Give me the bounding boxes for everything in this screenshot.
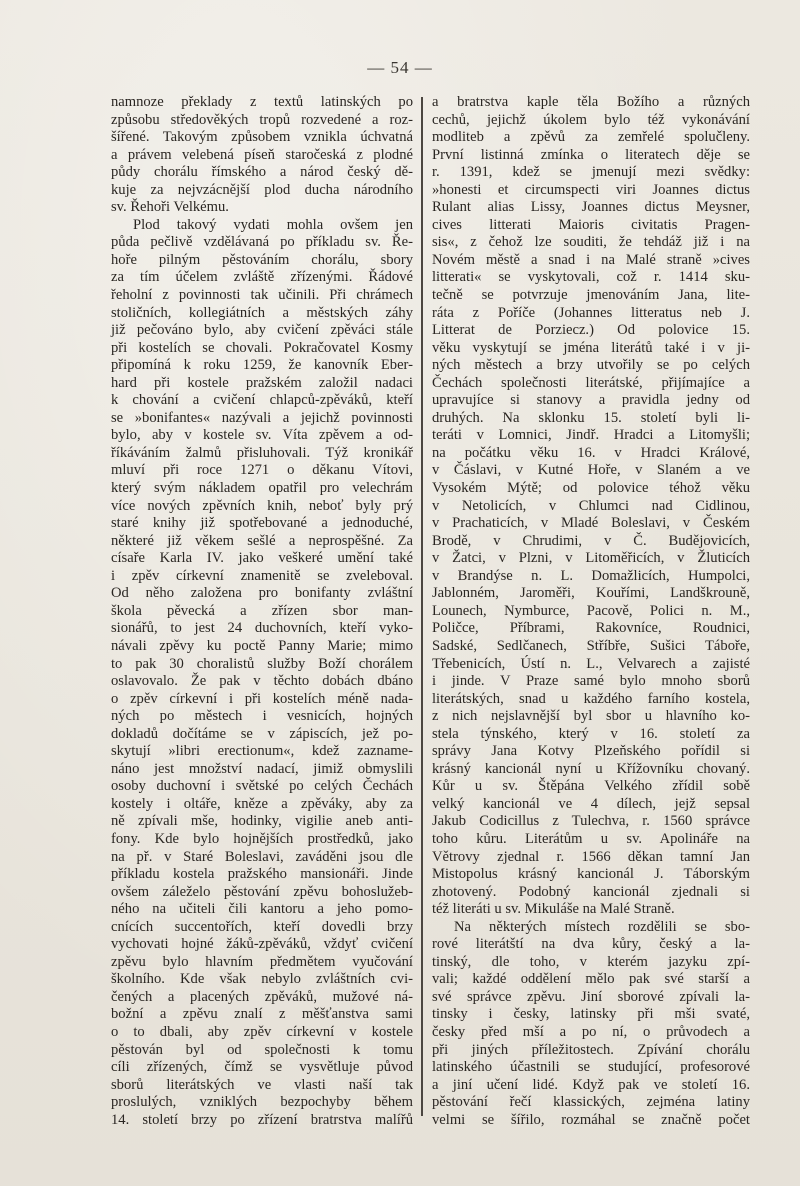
text-line: o to dbali, aby zpěv církevní v kostele (111, 1024, 413, 1042)
text-line: věku vyskytují se jména literátů také i … (432, 340, 750, 358)
text-line: o zpěv církevní i při kostelích méně nad… (111, 691, 413, 709)
text-line: velmi se šířilo, rozmáhal se značně poče… (432, 1112, 750, 1130)
text-line: v Žatci, v Plzni, v Litoměřicích, v Žlut… (432, 550, 750, 568)
text-line: druhých. Na sklonku 15. století byli li- (432, 410, 750, 428)
text-line: literátských, snad u každého farního kos… (432, 691, 750, 709)
text-line: zhotovený. Podobný kancionál zjednali si (432, 884, 750, 902)
text-line: a bratrstva kaple těla Božího a různých (432, 94, 750, 112)
text-line: návali zpěvy ku poctě Panny Marie; mimo (111, 638, 413, 656)
text-line: škola pěvecká a zřízen sbor man- (111, 603, 413, 621)
text-line: sis«, z čehož lze souditi, že tehdáž již… (432, 234, 750, 252)
text-line: oslavovalo. Že pak v těchto dobách dbáno (111, 673, 413, 691)
text-line: i zpěv církevní znamenitě se zveleboval. (111, 568, 413, 586)
text-line: osoby duchovní i světské po celých Čechá… (111, 778, 413, 796)
text-line: rové literátští na dva kůry, český a la- (432, 936, 750, 954)
text-line: ovšem záleželo pěstování zpěvu bohosluže… (111, 884, 413, 902)
text-line: stela týnského, který v 16. století za (432, 726, 750, 744)
text-line: správy Jana Kotvy Plzeňského pořídil si (432, 743, 750, 761)
text-line: latinského účastnili se studující, profe… (432, 1059, 750, 1077)
text-line: na počátku věku 16. v Hradci Králové, (432, 445, 750, 463)
text-line: i jinde. V Praze samé bylo mnoho sborů (432, 673, 750, 691)
text-line: tinský, dle toho, v kterém jazyku zpí- (432, 954, 750, 972)
text-line: Lounech, Nymburce, Pacově, Polici n. M., (432, 603, 750, 621)
text-line: ného na učiteli čili kantoru a jeho pomo… (111, 901, 413, 919)
text-line: kostely i oltáře, kněze a zpěváky, aby z… (111, 796, 413, 814)
text-line: kuje za nejvzácnější plod ducha národníh… (111, 182, 413, 200)
text-line: ráta z Poříče (Johannes litteratus neb J… (432, 305, 750, 323)
text-line: čených a placených zpěváků, mužové ná- (111, 989, 413, 1007)
text-line: vali; každé oddělení mělo pak své starší… (432, 971, 750, 989)
text-line: šířené. Takovým způsobem vznikla úchvatn… (111, 129, 413, 147)
text-line: mluví při roce 1271 o děkanu Vítovi, (111, 462, 413, 480)
text-line: dokladů dočítáme se v zápiscích, jež po- (111, 726, 413, 744)
text-line: Třebenicích, Ústí n. L., Velvarech a zaj… (432, 656, 750, 674)
text-line: způsobu středověkých tropů rozvedené a r… (111, 112, 413, 130)
text-line: k chování a cvičení chlapců-zpěváků, kte… (111, 392, 413, 410)
text-line: v Netolicích, v Chlumci nad Cidlinou, (432, 498, 750, 516)
page-number: — 54 — (0, 58, 800, 78)
text-line: modliteb a zpěvů za zemřelé spolučleny. (432, 129, 750, 147)
text-line: ných městech a brzy utvořily se po celýc… (432, 357, 750, 375)
text-line: Jablonném, Jaroměři, Kouřími, Landškroun… (432, 585, 750, 603)
text-line: Od něho založena pro bonifanty zvláštní (111, 585, 413, 603)
text-line: a právem velebená píseň staročeská z plo… (111, 147, 413, 165)
text-line: česky před mší a po ní, o průvodech a (432, 1024, 750, 1042)
text-line: který svým nákladem opatřil pro velechrá… (111, 480, 413, 498)
text-line: »honesti et circumspecti viri Joannes di… (432, 182, 750, 200)
text-line: První listinná zmínka o literatech děje … (432, 147, 750, 165)
text-line: krásný kancionál nyní u Křížovníku chova… (432, 761, 750, 779)
text-line: a jiní učení lidé. Když pak ve století 1… (432, 1077, 750, 1095)
text-line: pěstován byl od společnosti k tomu (111, 1042, 413, 1060)
text-line: Novém městě a snad i na Malé straně »civ… (432, 252, 750, 270)
text-line: bylo, aby v kostele sv. Víta zpěvem a od… (111, 427, 413, 445)
text-line: se »bonifantes« nazývali a jejichž povin… (111, 410, 413, 428)
text-line: cechů, jejichž úkolem bylo též vykonáván… (432, 112, 750, 130)
text-line: některé již věkem sešlé a neprospěšné. Z… (111, 533, 413, 551)
text-line: při kostelích se chovali. Pokračovatel K… (111, 340, 413, 358)
text-line: Plod takový vydati mohla ovšem jen (111, 217, 413, 235)
text-line: 14. století brzy po zřízení bratrstva ma… (111, 1112, 413, 1130)
text-line: půdy chorálu římského a národ český dě- (111, 164, 413, 182)
scanned-book-page: — 54 — namnoze překlady z textů latinský… (0, 0, 800, 1186)
text-line: Čechách společnosti literátské, přijímaj… (432, 375, 750, 393)
column-divider-rule (421, 97, 423, 1116)
text-line: velký kancionál ve 4 dílech, jejž sepsal (432, 796, 750, 814)
text-line: upravujíce si stanovy a pravidla jedny o… (432, 392, 750, 410)
text-line: cnících succentořích, kteří dovedli brzy (111, 919, 413, 937)
text-line: pěstování řečí klassických, zejména lati… (432, 1094, 750, 1112)
text-line: Větrovy zjednal r. 1566 děkan tamní Jan (432, 849, 750, 867)
text-line: tinsky i česky, latinsky při mši svaté, (432, 1006, 750, 1024)
text-line: náno jest množství nadací, jimiž obmysli… (111, 761, 413, 779)
text-line: školního. Kde však nebylo zvláštních cvi… (111, 971, 413, 989)
text-line: sv. Řehoři Velkému. (111, 199, 413, 217)
text-line: v Brandýse n. L. Domažlicích, Humpolci, (432, 568, 750, 586)
text-line: na př. v Staré Boleslavi, zaváděni jsou … (111, 849, 413, 867)
text-line: skytují »libri erectionum«, kdež zazname… (111, 743, 413, 761)
text-line: Kůr u sv. Štěpána Velkého zřídil sobě (432, 778, 750, 796)
text-line: již pečováno bylo, aby cvičení zpěváci s… (111, 322, 413, 340)
text-line: božní a zpěvu znalí z měšťanstva sami (111, 1006, 413, 1024)
text-line: sionářů, to jest 24 duchovních, kteří vy… (111, 620, 413, 638)
text-line: toho kůru. Literátům u sv. Apolináře na (432, 831, 750, 849)
text-line: Sadské, Sedlčanech, Stříbře, Sušici Tábo… (432, 638, 750, 656)
text-line: řeholní z povinnosti tak učinili. Při ch… (111, 287, 413, 305)
text-line: z nich nejslavnější byl sbor u hlavního … (432, 708, 750, 726)
text-line: Litterat de Porziecz.) Od polovice 15. (432, 322, 750, 340)
text-line: cíli zřízených, čímž se vysvětluje původ (111, 1059, 413, 1077)
text-line: to pak 30 choralistů služby Boží chorále… (111, 656, 413, 674)
text-line: ně zpívali mše, hodinky, vigilie aneb an… (111, 813, 413, 831)
text-line: r. 1391, kdež se jmenují mezi svědky: (432, 164, 750, 182)
text-line: stoličních, kollegiátních a městských zá… (111, 305, 413, 323)
text-line: hoře pilným pěstováním chorálu, sbory (111, 252, 413, 270)
text-line: namnoze překlady z textů latinských po (111, 94, 413, 112)
text-line: Rulant alias Lissy, Joannes dictus Meysn… (432, 199, 750, 217)
text-line: sborů literátských ve vlasti naší tak (111, 1077, 413, 1095)
text-line: staré knihy již spotřebované a jednoduch… (111, 515, 413, 533)
right-text-column: a bratrstva kaple těla Božího a různýchc… (432, 94, 750, 1129)
text-line: ných po městech i vesnicích, hojných (111, 708, 413, 726)
text-line: Na některých místech rozdělili se sbo- (432, 919, 750, 937)
text-line: připomíná k roku 1259, že kanovník Eber- (111, 357, 413, 375)
text-line: litterati« se vyskytovali, což r. 1414 s… (432, 269, 750, 287)
text-line: příkladu kostela pražského mansionáři. J… (111, 866, 413, 884)
left-text-column: namnoze překlady z textů latinských pozp… (111, 94, 413, 1129)
text-line: Brodě, v Chrudimi, v Č. Budějovicích, (432, 533, 750, 551)
text-line: více nových zpěvních knih, neboť byly pr… (111, 498, 413, 516)
text-line: říkáváním žalmů přisluhovali. Týž kronik… (111, 445, 413, 463)
text-line: půda pečlivě vzdělávaná po příkladu sv. … (111, 234, 413, 252)
text-line: při jiných příležitostech. Zpívání chorá… (432, 1042, 750, 1060)
text-line: teráti v Lomnici, Jindř. Hradci a Litomy… (432, 427, 750, 445)
text-line: vychovati hojné žáků-zpěváků, vždyť cvič… (111, 936, 413, 954)
text-line: Jakub Codicillus z Tulechva, r. 1560 spr… (432, 813, 750, 831)
text-line: za tím účelem zvláště zřízenými. Řádové (111, 269, 413, 287)
text-line: v Čáslavi, v Kutné Hoře, v Slaném a ve (432, 462, 750, 480)
text-line: své správce zpěvu. Jiní sborové zpívali … (432, 989, 750, 1007)
text-line: cives litterati Maioris civitatis Pragen… (432, 217, 750, 235)
text-line: též literáti u sv. Mikuláše na Malé Stra… (432, 901, 750, 919)
text-line: v Prachaticích, v Mladé Boleslavi, v Čes… (432, 515, 750, 533)
text-line: hard při kostele pražském založil nadaci (111, 375, 413, 393)
text-line: tečně se potvrzuje jmenováním Jana, lite… (432, 287, 750, 305)
text-line: fony. Kde bylo hojnějších prostředků, ja… (111, 831, 413, 849)
text-line: císaře Karla IV. jako veškeré umění také (111, 550, 413, 568)
text-line: zpěvu bylo hlavním předmětem vyučování (111, 954, 413, 972)
text-line: Mistopolus krásný kancionál J. Táborským (432, 866, 750, 884)
text-line: Vysokém Mýtě; od polovice téhož věku (432, 480, 750, 498)
text-line: Poličce, Příbrami, Rakovníce, Roudnici, (432, 620, 750, 638)
text-line: proslulých, vzniklých bezpochyby během (111, 1094, 413, 1112)
